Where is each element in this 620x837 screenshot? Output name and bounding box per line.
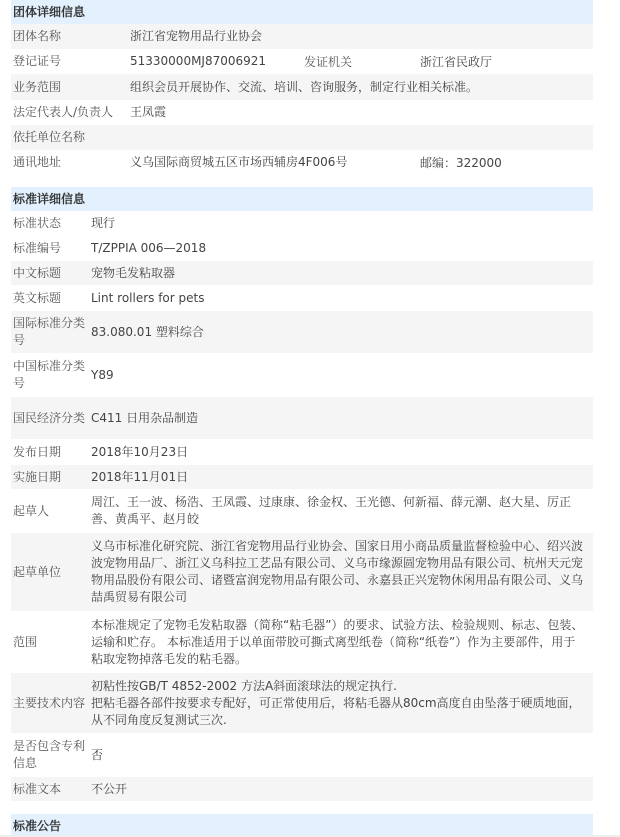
label: 范围: [11, 634, 91, 651]
row-ccs-code: 中国标准分类号 Y89: [11, 353, 593, 397]
row-drafting-units: 起草单位 义乌市标准化研究院、浙江省宠物用品行业协会、国家日用小商品质量监督检验…: [11, 533, 593, 611]
label: 通讯地址: [11, 154, 130, 171]
value: Lint rollers for pets: [91, 290, 587, 307]
row-scope: 范围 本标准规定了宠物毛发粘取器（简称“粘毛器”）的要求、试验方法、检验规则、标…: [11, 611, 593, 673]
value: T/ZPPIA 006—2018: [91, 240, 587, 257]
label: 法定代表人/负责人: [11, 104, 130, 121]
value-line: 初粘性按GB/T 4852-2002 方法A斜面滚球法的规定执行.: [91, 678, 587, 695]
row-standard-text: 标准文本 不公开: [11, 777, 593, 801]
value-issuing-authority: 浙江省民政厅: [420, 53, 492, 70]
value: C411 日用杂品制造: [91, 410, 587, 427]
label: 起草单位: [11, 564, 91, 581]
label: 起草人: [11, 503, 91, 520]
value-postcode: 邮编：322000: [420, 154, 502, 171]
row-legal-representative: 法定代表人/负责人 王凤霞: [11, 100, 593, 125]
label: 中文标题: [11, 265, 91, 282]
row-publish-date: 发布日期 2018年10月23日: [11, 439, 593, 465]
section-gap: [11, 175, 593, 187]
standard-detail-section: 标准详细信息 标准状态 现行 标准编号 T/ZPPIA 006—2018 中文标…: [11, 187, 593, 801]
label: 登记证号: [11, 53, 130, 70]
value: 义乌国际商贸城五区市场西辅房4F006号: [130, 154, 420, 171]
row-registration-number: 登记证号 51330000MJ87006921 发证机关 浙江省民政厅: [11, 49, 593, 74]
value: 周江、王一波、杨浩、王凤霞、过康康、徐金权、王光德、何新福、薛元潮、赵大星、厉正…: [91, 494, 587, 528]
value: 2018年10月23日: [91, 444, 587, 461]
row-economic-classification: 国民经济分类 C411 日用杂品制造: [11, 397, 593, 439]
row-ics-code: 国际标准分类号 83.080.01 塑料综合: [11, 311, 593, 353]
label: 依托单位名称: [11, 129, 130, 146]
label: 中国标准分类号: [11, 358, 91, 392]
value: 不公开: [91, 781, 587, 798]
row-english-title: 英文标题 Lint rollers for pets: [11, 285, 593, 311]
value: 现行: [91, 215, 587, 232]
section-gap: [11, 801, 593, 814]
label: 是否包含专利信息: [11, 738, 91, 772]
row-address: 通讯地址 义乌国际商贸城五区市场西辅房4F006号 邮编：322000: [11, 150, 593, 175]
label: 标准状态: [11, 215, 91, 232]
row-main-technical-content: 主要技术内容 初粘性按GB/T 4852-2002 方法A斜面滚球法的规定执行.…: [11, 673, 593, 733]
row-effective-date: 实施日期 2018年11月01日: [11, 465, 593, 489]
row-group-name: 团体名称 浙江省宠物用品行业协会: [11, 24, 593, 49]
row-supporting-unit: 依托单位名称: [11, 125, 593, 150]
value: Y89: [91, 367, 587, 384]
row-standard-status: 标准状态 现行: [11, 211, 593, 236]
row-patent-info: 是否包含专利信息 否: [11, 733, 593, 777]
section-header-group: 团体详细信息: [11, 0, 593, 24]
value: 义乌市标准化研究院、浙江省宠物用品行业协会、国家日用小商品质量监督检验中心、绍兴…: [91, 538, 587, 606]
label: 主要技术内容: [11, 695, 91, 712]
value: 宠物毛发粘取器: [91, 265, 587, 282]
value: 组织会员开展协作、交流、培训、咨询服务，制定行业相关标准。: [130, 79, 478, 96]
row-standard-number: 标准编号 T/ZPPIA 006—2018: [11, 236, 593, 261]
label-issuing-authority: 发证机关: [304, 53, 420, 70]
row-chinese-title: 中文标题 宠物毛发粘取器: [11, 261, 593, 285]
value: 83.080.01 塑料综合: [91, 324, 587, 341]
value: 王凤霞: [130, 104, 166, 121]
row-business-scope: 业务范围 组织会员开展协作、交流、培训、咨询服务，制定行业相关标准。: [11, 74, 593, 100]
label: 国际标准分类号: [11, 315, 91, 349]
label: 标准编号: [11, 240, 91, 257]
value: 2018年11月01日: [91, 469, 587, 486]
section-header-standard: 标准详细信息: [11, 187, 593, 211]
label: 标准文本: [11, 781, 91, 798]
label: 业务范围: [11, 79, 130, 96]
section-header-announcement: 标准公告: [11, 814, 593, 837]
announcement-section: 标准公告: [11, 814, 593, 837]
value: 否: [91, 747, 587, 764]
label: 国民经济分类: [11, 410, 91, 427]
label: 发布日期: [11, 444, 91, 461]
detail-page: 团体详细信息 团体名称 浙江省宠物用品行业协会 登记证号 51330000MJ8…: [11, 0, 593, 837]
label: 团体名称: [11, 28, 130, 45]
label: 实施日期: [11, 469, 91, 486]
group-detail-section: 团体详细信息 团体名称 浙江省宠物用品行业协会 登记证号 51330000MJ8…: [11, 0, 593, 175]
value-line: 把粘毛器各部件按要求专配好，可正常使用后，将粘毛器从80cm高度自由坠落于硬质地…: [91, 695, 587, 729]
value: 浙江省宠物用品行业协会: [130, 28, 262, 45]
label: 英文标题: [11, 290, 91, 307]
value: 51330000MJ87006921: [130, 53, 304, 70]
value: 本标准规定了宠物毛发粘取器（简称“粘毛器”）的要求、试验方法、检验规则、标志、包…: [91, 617, 587, 668]
row-drafters: 起草人 周江、王一波、杨浩、王凤霞、过康康、徐金权、王光德、何新福、薛元潮、赵大…: [11, 489, 593, 533]
value: 初粘性按GB/T 4852-2002 方法A斜面滚球法的规定执行. 把粘毛器各部…: [91, 678, 587, 729]
